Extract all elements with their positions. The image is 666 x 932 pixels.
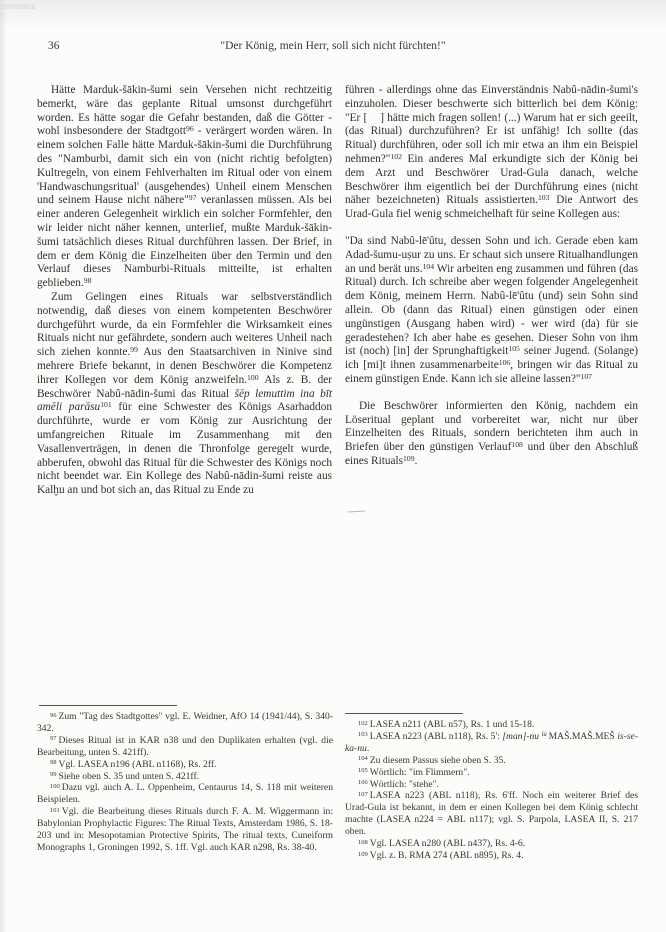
- footnote-number: 100: [50, 783, 60, 790]
- paragraph: Zum Gelingen eines Rituals war selbstver…: [37, 291, 332, 498]
- footnote: 103LASEA n223 (ABL n118), Rs. 5': [man]-…: [345, 731, 638, 755]
- footnote-number: 102: [358, 720, 368, 727]
- page-header: 36 "Der König, mein Herr, soll sich nich…: [0, 40, 666, 56]
- footnote-number: 97: [50, 735, 57, 742]
- footnote-number: 101: [50, 807, 60, 814]
- footnote: 109Vgl. z. B. RMA 274 (ABL n895), Rs. 4.: [345, 850, 638, 862]
- footnote: 105Wörtlich: "im Flimmern".: [345, 767, 638, 779]
- footnote-number: 103: [358, 731, 368, 738]
- footnote: 107LASEA n223 (ABL n118), Rs. 6'ff. Noch…: [345, 790, 638, 838]
- footnote-separator-right: [345, 713, 463, 714]
- footnote: 102LASEA n211 (ABL n57), Rs. 1 und 15-18…: [345, 719, 638, 731]
- footnote-number: 96: [50, 712, 57, 719]
- footnotes-right: 102LASEA n211 (ABL n57), Rs. 1 und 15-18…: [345, 719, 638, 862]
- footnote: 108Vgl. LASEA n280 (ABL n437), Rs. 4-6.: [345, 838, 638, 850]
- scan-edge-shading-left: [0, 0, 7, 932]
- scan-edge-shading-top: [0, 0, 666, 30]
- scan-artifact-corner-mark: 00092808: [2, 4, 36, 11]
- footnote: 99Siehe oben S. 35 und unten S. 421ff.: [37, 771, 333, 783]
- footnote: 101Vgl. die Bearbeitung dieses Rituals d…: [37, 806, 333, 854]
- scan-artifact-stray-mark: [348, 511, 365, 514]
- footnote: 97Dieses Ritual ist in KAR n38 und den D…: [37, 735, 333, 759]
- footnote: 96Zum "Tag des Stadtgottes" vgl. E. Weid…: [37, 711, 333, 735]
- footnote-number: 108: [358, 839, 368, 846]
- block-quote: "Da sind Nabû-lē'ûtu, dessen Sohn und ic…: [345, 235, 638, 387]
- footnote-number: 98: [50, 759, 57, 766]
- paragraph: Die Beschwörer informierten den König, n…: [345, 400, 638, 469]
- footnotes-left: 96Zum "Tag des Stadtgottes" vgl. E. Weid…: [37, 711, 333, 854]
- running-title: "Der König, mein Herr, soll sich nicht f…: [0, 40, 666, 52]
- footnote: 104Zu diesem Passus siehe oben S. 35.: [345, 755, 638, 767]
- scanned-book-page: 00092808 36 "Der König, mein Herr, soll …: [0, 0, 666, 932]
- footnote-number: 105: [358, 767, 368, 774]
- footnote-number: 106: [358, 779, 368, 786]
- paragraph: Hätte Marduk-šākin-šumi sein Versehen ni…: [37, 84, 332, 291]
- footnote-number: 107: [358, 791, 368, 798]
- footnote: 100Dazu vgl. auch A. L. Oppenheim, Centa…: [37, 782, 333, 806]
- paragraph: führen - allerdings ohne das Einverständ…: [345, 84, 638, 222]
- footnote: 106Wörtlich: "stehe".: [345, 779, 638, 791]
- footnote: 98Vgl. LASEA n196 (ABL n1168), Rs. 2ff.: [37, 759, 333, 771]
- text-column-right: führen - allerdings ohne das Einverständ…: [345, 84, 638, 469]
- footnote-number: 99: [50, 771, 57, 778]
- footnote-number: 109: [358, 851, 368, 858]
- footnote-number: 104: [358, 755, 368, 762]
- footnote-separator-left: [39, 705, 177, 706]
- text-column-left: Hätte Marduk-šākin-šumi sein Versehen ni…: [37, 84, 332, 498]
